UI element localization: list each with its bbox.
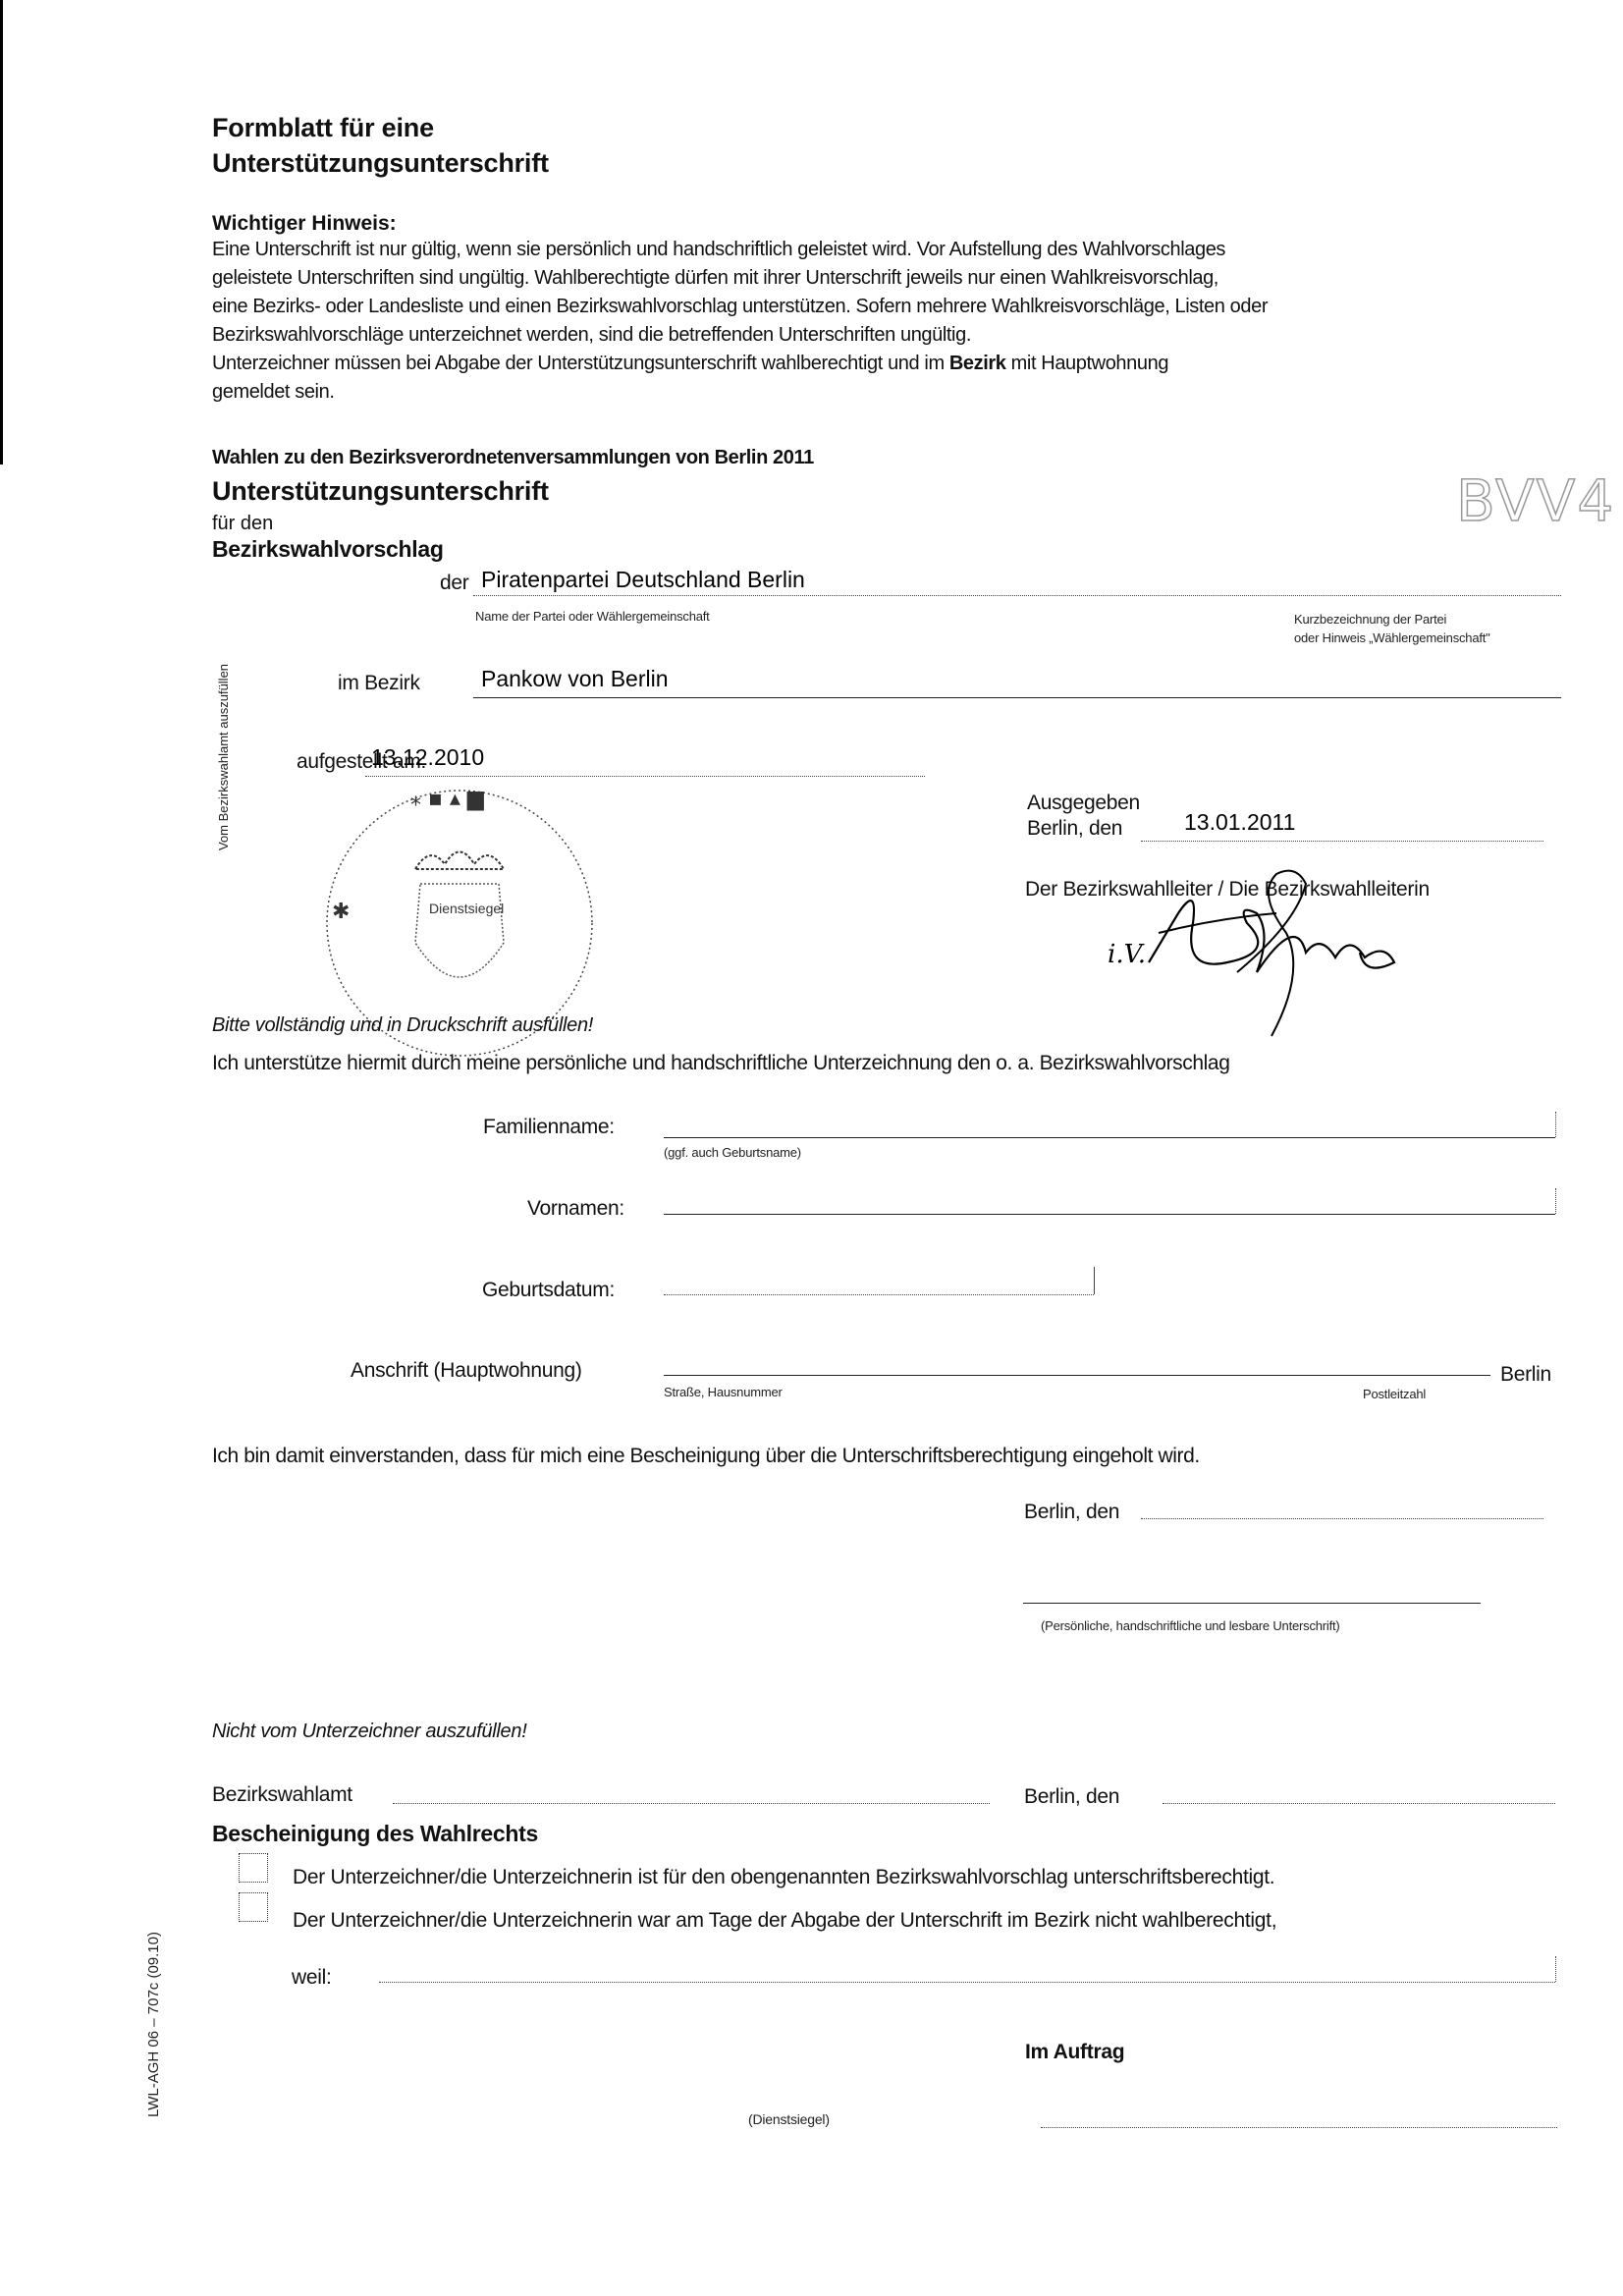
form-number: LWL-AGH 06 – 707c (09.10) — [145, 1932, 162, 2117]
svg-text:⁎ ▪ ▴ ▆: ⁎ ▪ ▴ ▆ — [410, 787, 485, 811]
notice-residence: Unterzeichner müssen bei Abgabe der Unte… — [212, 353, 1268, 381]
notice-text: Eine Unterschrift ist nur gültig, wenn s… — [212, 239, 1268, 410]
party-value[interactable]: Piratenpartei Deutschland Berlin — [481, 567, 805, 593]
consent-text: Ich bin damit einverstanden, dass für mi… — [212, 1446, 1200, 1467]
not-eligible-checkbox[interactable] — [239, 1892, 268, 1922]
signer-date-field[interactable] — [1141, 1518, 1543, 1519]
svg-text:i.V.: i.V. — [1108, 940, 1146, 969]
address-city: Berlin — [1500, 1363, 1551, 1387]
party-caption: Name der Partei oder Wählergemeinschaft — [475, 609, 710, 624]
certifier-signature-field[interactable] — [1041, 2127, 1557, 2128]
scan-edge-line — [0, 0, 3, 465]
issued-value[interactable]: 13.01.2011 — [1184, 809, 1295, 836]
reason-field-end — [1555, 1956, 1556, 1982]
issued-label-line1: Ausgegeben — [1027, 792, 1140, 815]
district-value[interactable]: Pankow von Berlin — [481, 666, 669, 692]
eligible-checkbox[interactable] — [239, 1853, 268, 1883]
family-name-field-end — [1555, 1112, 1556, 1137]
form-title-line2: Unterstützungsunterschrift — [212, 145, 549, 181]
notice-line: geleistete Unterschriften sind ungültig.… — [212, 267, 1268, 296]
election-subtitle: Wahlen zu den Bezirksverordnetenversamml… — [212, 447, 814, 469]
address-label: Anschrift (Hauptwohnung) — [351, 1359, 582, 1383]
established-value[interactable]: 13.12.2010 — [371, 744, 484, 771]
issued-line — [1141, 841, 1543, 842]
notice-line: Bezirkswahlvorschläge unterzeichnet werd… — [212, 324, 1268, 353]
short-caption-line2: oder Hinweis „Wählergemeinschaft" — [1294, 630, 1490, 645]
district-line — [473, 697, 1561, 698]
address-field[interactable] — [664, 1375, 1490, 1376]
birth-date-field-end — [1094, 1267, 1095, 1294]
signer-signature-field[interactable] — [1023, 1603, 1481, 1604]
office-field[interactable] — [393, 1803, 990, 1804]
notice-heading: Wichtiger Hinweis: — [212, 212, 397, 236]
established-line — [365, 776, 925, 777]
svg-text:✱: ✱ — [332, 900, 350, 924]
family-name-label: Familienname: — [483, 1116, 615, 1139]
form-code-bvv4: BVV4 — [1456, 467, 1615, 534]
fill-instruction: Bitte vollständig und in Druckschrift au… — [212, 1014, 593, 1037]
reason-field[interactable] — [379, 1982, 1555, 1983]
notice-line: eine Bezirks- oder Landesliste und einen… — [212, 296, 1268, 324]
address-street-caption: Straße, Hausnummer — [664, 1385, 783, 1399]
reason-label: weil: — [292, 1966, 332, 1990]
signature-caption: (Persönliche, handschriftliche und lesba… — [1041, 1618, 1340, 1633]
seal-caption: (Dienstsiegel) — [748, 2111, 830, 2127]
seal-label: Dienstsiegel — [429, 901, 504, 916]
first-names-field-end — [1555, 1188, 1556, 1214]
district-label: im Bezirk — [338, 672, 420, 695]
first-names-field[interactable] — [664, 1214, 1555, 1215]
issued-label-line2: Berlin, den — [1027, 817, 1122, 841]
first-names-label: Vornamen: — [527, 1197, 624, 1221]
not-for-signer-note: Nicht vom Unterzeichner auszufüllen! — [212, 1721, 526, 1743]
notice-line: Eine Unterschrift ist nur gültig, wenn s… — [212, 239, 1268, 267]
family-name-caption: (ggf. auch Geburtsname) — [664, 1145, 801, 1160]
birth-date-field[interactable] — [664, 1294, 1094, 1295]
on-behalf-label: Im Auftrag — [1025, 2041, 1124, 2064]
not-eligible-option-label: Der Unterzeichner/die Unterzeichnerin wa… — [293, 1909, 1276, 1933]
fuer-den-label: für den — [212, 513, 273, 535]
notice-line: gemeldet sein. — [212, 381, 1268, 410]
proposal-type: Bezirkswahlvorschlag — [212, 536, 444, 563]
party-line — [473, 595, 1561, 596]
election-title: Unterstützungsunterschrift — [212, 473, 549, 509]
official-signature-icon: i.V. — [1100, 864, 1434, 1041]
eligible-option-label: Der Unterzeichner/die Unterzeichnerin is… — [293, 1866, 1274, 1889]
vertical-office-note: Vom Bezirkswahlamt auszufüllen — [216, 664, 231, 850]
address-zip-caption: Postleitzahl — [1363, 1387, 1426, 1401]
signer-date-label: Berlin, den — [1024, 1501, 1119, 1524]
birth-date-label: Geburtsdatum: — [482, 1279, 615, 1302]
office-label: Bezirkswahlamt — [212, 1783, 352, 1807]
party-label: der — [440, 572, 468, 595]
short-caption-line1: Kurzbezeichnung der Partei — [1294, 612, 1446, 627]
form-title-line1: Formblatt für eine — [212, 110, 434, 145]
cert-date-field[interactable] — [1163, 1803, 1555, 1804]
family-name-field[interactable] — [664, 1137, 1555, 1138]
cert-date-label: Berlin, den — [1024, 1785, 1119, 1809]
declaration-text: Ich unterstütze hiermit durch meine pers… — [212, 1053, 1229, 1074]
certification-heading: Bescheinigung des Wahlrechts — [212, 1821, 538, 1847]
